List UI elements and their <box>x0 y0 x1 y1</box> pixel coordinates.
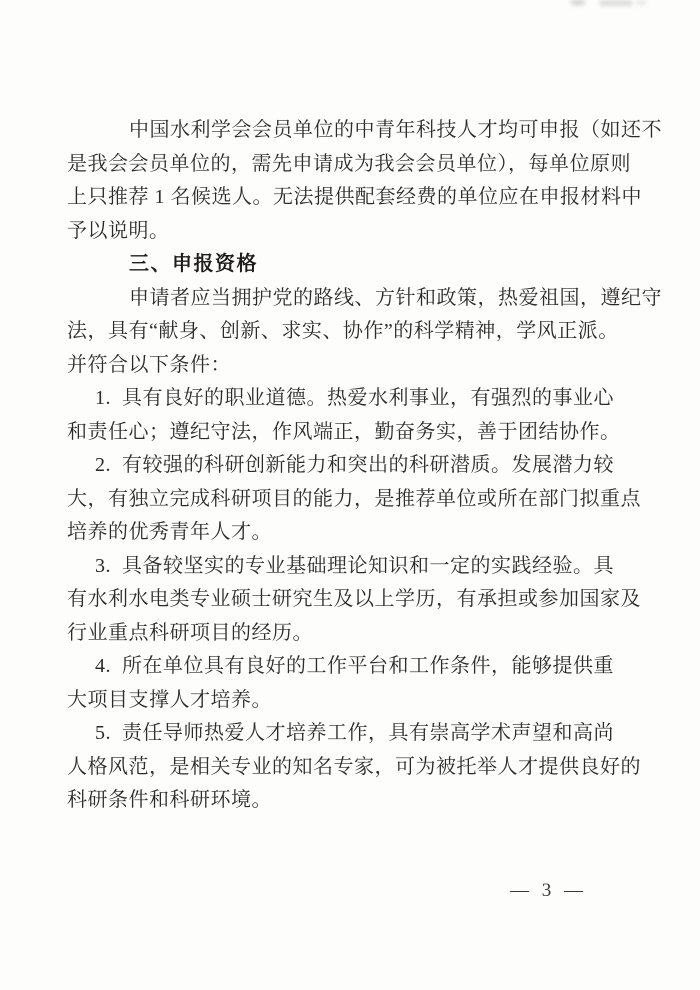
scan-artifact <box>599 0 633 6</box>
scanned-document-page: 中国水利学会会员单位的中青年科技人才均可申报（如还不 是我会会员单位的，需先申请… <box>0 0 700 990</box>
paragraph-eligibility-intro: 中国水利学会会员单位的中青年科技人才均可申报（如还不 是我会会员单位的，需先申请… <box>67 114 651 248</box>
list-item-condition-4: 4. 所在单位具有良好的工作平台和工作条件，能够提供重 大项目支撑人才培养。 <box>67 650 651 717</box>
text-line: 科研条件和科研环境。 <box>67 784 651 818</box>
text-line: 行业重点科研项目的经历。 <box>67 617 651 651</box>
text-line: 并符合以下条件： <box>67 349 651 383</box>
text-line: 1. 具有良好的职业道德。热爱水利事业，有强烈的事业心 <box>67 382 651 416</box>
text-line: 2. 有较强的科研创新能力和突出的科研潜质。发展潜力较 <box>67 449 651 483</box>
text-line: 培养的优秀青年人才。 <box>67 516 651 550</box>
list-item-condition-3: 3. 具备较坚实的专业基础理论知识和一定的实践经验。具 有水利水电类专业硕士研究… <box>67 550 651 651</box>
text-line: 有水利水电类专业硕士研究生及以上学历，有承担或参加国家及 <box>67 583 651 617</box>
text-line: 申请者应当拥护党的路线、方针和政策，热爱祖国，遵纪守 <box>67 282 651 316</box>
text-line: 3. 具备较坚实的专业基础理论知识和一定的实践经验。具 <box>67 550 651 584</box>
text-line: 上只推荐 1 名候选人。无法提供配套经费的单位应在申报材料中 <box>67 181 651 215</box>
text-line: 是我会会员单位的，需先申请成为我会会员单位），每单位原则 <box>67 148 651 182</box>
list-item-condition-1: 1. 具有良好的职业道德。热爱水利事业，有强烈的事业心 和责任心；遵纪守法，作风… <box>67 382 651 449</box>
scan-artifact <box>636 1 646 5</box>
text-line: 5. 责任导师热爱人才培养工作，具有崇高学术声望和高尚 <box>67 717 651 751</box>
section-heading-application-qualifications: 三、申报资格 <box>67 248 651 282</box>
document-body: 中国水利学会会员单位的中青年科技人才均可申报（如还不 是我会会员单位的，需先申请… <box>67 114 651 818</box>
text-line: 大，有独立完成科研项目的能力，是推荐单位或所在部门拟重点 <box>67 483 651 517</box>
text-line: 予以说明。 <box>67 215 651 249</box>
text-line: 人格风范，是相关专业的知名专家，可为被托举人才提供良好的 <box>67 751 651 785</box>
text-line: 和责任心；遵纪守法，作风端正，勤奋务实，善于团结协作。 <box>67 416 651 450</box>
text-line: 法，具有“献身、创新、求实、协作”的科学精神，学风正派。 <box>67 315 651 349</box>
text-line: 中国水利学会会员单位的中青年科技人才均可申报（如还不 <box>67 114 651 148</box>
list-item-condition-2: 2. 有较强的科研创新能力和突出的科研潜质。发展潜力较 大，有独立完成科研项目的… <box>67 449 651 550</box>
paragraph-qualification-intro: 申请者应当拥护党的路线、方针和政策，热爱祖国，遵纪守 法，具有“献身、创新、求实… <box>67 282 651 383</box>
text-line: 4. 所在单位具有良好的工作平台和工作条件，能够提供重 <box>67 650 651 684</box>
page-number: — 3 — <box>510 880 587 902</box>
scan-artifact <box>571 0 585 5</box>
list-item-condition-5: 5. 责任导师热爱人才培养工作，具有崇高学术声望和高尚 人格风范，是相关专业的知… <box>67 717 651 818</box>
text-line: 大项目支撑人才培养。 <box>67 684 651 718</box>
